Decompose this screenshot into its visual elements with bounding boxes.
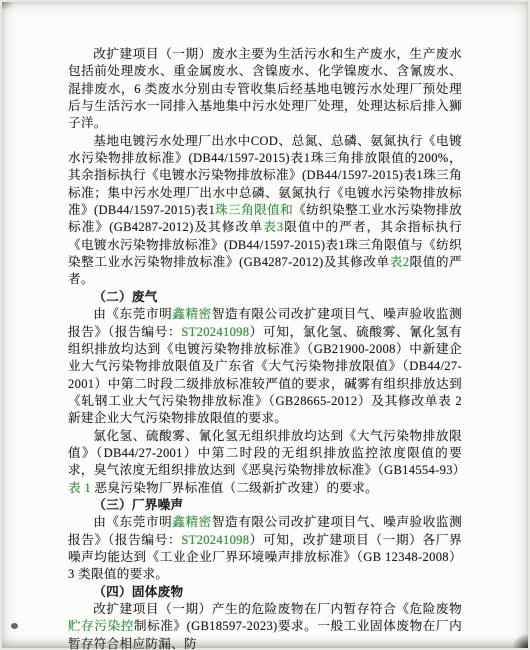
highlighted-text-run: 表2 xyxy=(390,255,410,269)
highlighted-text-run: 珠三角限值和 xyxy=(215,203,293,217)
scan-edge-shade xyxy=(2,638,528,648)
paragraph: 基地电镀污水处理厂出水中COD、总氮、总磷、氨氮执行《电镀水污染物排放标准》(D… xyxy=(68,133,462,289)
scan-artifact-top-left xyxy=(2,2,14,11)
scan-artifact-bottom-right xyxy=(513,634,528,648)
paragraph: 改扩建项目（一期）废水主要为生活污水和生产废水，生产废水包括前处理废水、重金属废… xyxy=(68,46,462,133)
text-run: （四）固体废物 xyxy=(93,585,183,599)
paragraph: 氯化氢、硫酸雾、氰化氢无组织排放均达到《大气污染物排放限值》（DB44/27-2… xyxy=(68,428,462,497)
text-run: 改扩建项目（一期）废水主要为生活污水和生产废水，生产废水包括前处理废水、重金属废… xyxy=(68,47,462,130)
highlighted-text-run: ST20241098 xyxy=(181,533,249,547)
paragraph: 由《东莞市明鑫精密智造有限公司改扩建项目气、噪声验收监测报告》（报告编号：ST2… xyxy=(68,514,462,583)
section-heading: （三）厂界噪声 xyxy=(68,497,462,514)
highlighted-text-run: 表3 xyxy=(263,220,283,234)
paragraph: 由《东莞市明鑫精密智造有限公司改扩建项目气、噪声验收监测报告》（报告编号：ST2… xyxy=(68,306,462,427)
scanned-page: 改扩建项目（一期）废水主要为生活污水和生产废水，生产废水包括前处理废水、重金属废… xyxy=(2,2,528,648)
text-run: 恶臭污染物厂界标准值（二级新扩改建）的要求。 xyxy=(91,481,378,495)
highlighted-text-run: 表 1 xyxy=(68,481,91,495)
text-run: 由《东莞市明 xyxy=(93,307,172,321)
section-heading: （二）废气 xyxy=(68,289,462,306)
text-run: （二）废气 xyxy=(93,290,157,304)
text-run: ）可知，氯化氢、硫酸雾、氰化氢有组织排放均达到《电镀污染物排放标准》（GB219… xyxy=(68,325,462,426)
highlighted-text-run: 鑫精密 xyxy=(172,515,212,529)
text-run: （三）厂界噪声 xyxy=(93,498,183,512)
scan-artifact-bottom-left xyxy=(11,623,18,629)
highlighted-text-run: 鑫精密 xyxy=(172,307,212,321)
text-run: 改扩建项目（一期）产生的危险废物在厂内暂存符合《危险废物 xyxy=(93,602,462,616)
highlighted-text-run: 贮存污染控 xyxy=(68,619,134,633)
section-heading: （四）固体废物 xyxy=(68,584,462,601)
text-run: 由《东莞市明 xyxy=(93,515,172,529)
highlighted-text-run: ST20241098 xyxy=(181,325,249,339)
page-text: 改扩建项目（一期）废水主要为生活污水和生产废水，生产废水包括前处理废水、重金属废… xyxy=(68,46,462,650)
text-run: 氯化氢、硫酸雾、氰化氢无组织排放均达到《大气污染物排放限值》（DB44/27-2… xyxy=(68,429,466,478)
